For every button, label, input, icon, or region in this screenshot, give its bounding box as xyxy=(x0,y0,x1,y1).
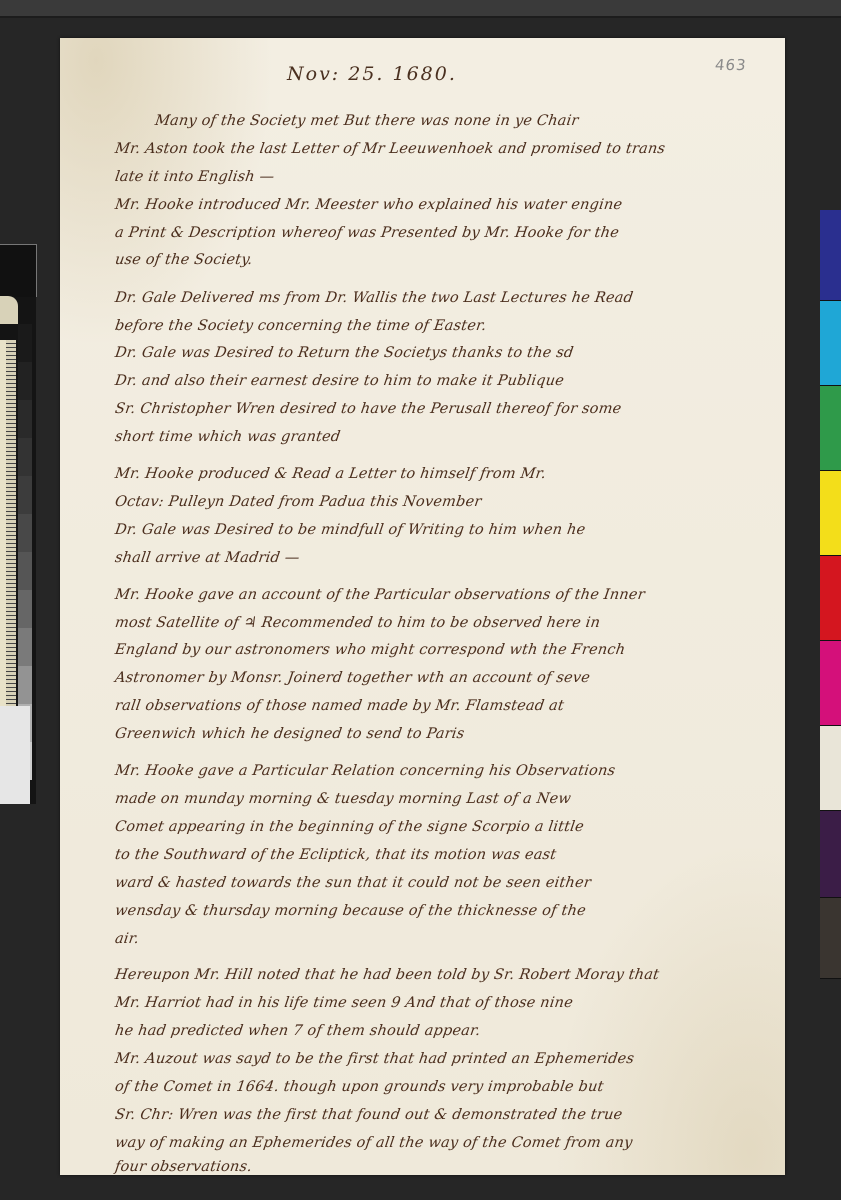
target-white-patch xyxy=(0,706,30,804)
gray-patch xyxy=(18,552,32,590)
minutes-date: Nov: 25. 1680. xyxy=(287,63,457,85)
manuscript-line: made on munday morning & tuesday morning… xyxy=(114,791,572,807)
manuscript-line: Dr. Gale was Desired to Return the Socie… xyxy=(114,345,575,361)
manuscript-page: 463 Nov: 25. 1680. Many of the Society m… xyxy=(60,38,785,1175)
manuscript-line: Mr. Hooke gave an account of the Particu… xyxy=(114,587,646,603)
manuscript-line: ward & hasted towards the sun that it co… xyxy=(114,875,592,891)
color-patch xyxy=(820,301,841,386)
folio-number: 463 xyxy=(714,56,748,74)
manuscript-line: he had predicted when 7 of them should a… xyxy=(114,1023,482,1039)
color-patch xyxy=(820,386,841,471)
color-patch xyxy=(820,471,841,556)
manuscript-line: wensday & thursday morning because of th… xyxy=(114,903,587,919)
color-patch xyxy=(820,641,841,726)
manuscript-line: Mr. Auzout was sayd to be the first that… xyxy=(114,1051,635,1067)
manuscript-line: England by our astronomers who might cor… xyxy=(114,642,626,658)
manuscript-line: Dr. Gale Delivered ms from Dr. Wallis th… xyxy=(114,290,634,306)
gray-patch xyxy=(18,476,32,514)
gray-patch xyxy=(18,590,32,628)
manuscript-line: Octav: Pulleyn Dated from Padua this Nov… xyxy=(114,494,483,510)
color-patch xyxy=(820,726,841,811)
manuscript-line: Comet appearing in the beginning of the … xyxy=(114,819,585,835)
manuscript-line: air. xyxy=(114,931,140,947)
manuscript-line: Sr. Chr: Wren was the first that found o… xyxy=(114,1107,624,1123)
manuscript-line: way of making an Ephemerides of all the … xyxy=(114,1135,634,1151)
color-patch xyxy=(820,210,841,301)
manuscript-line: a Print & Description whereof was Presen… xyxy=(114,225,620,241)
gray-patch xyxy=(18,438,32,476)
color-patch xyxy=(820,811,841,898)
gray-patch xyxy=(18,362,32,400)
manuscript-line: Mr. Hooke produced & Read a Letter to hi… xyxy=(114,466,547,482)
manuscript-line: short time which was granted xyxy=(114,429,342,445)
target-lens xyxy=(0,296,18,324)
manuscript-line: Astronomer by Monsr. Joinerd together wt… xyxy=(114,670,591,686)
color-patch xyxy=(820,556,841,641)
manuscript-line: late it into English — xyxy=(114,169,276,185)
manuscript-line: before the Society concerning the time o… xyxy=(114,318,488,334)
target-cap xyxy=(0,244,37,297)
grayscale-calibration-target xyxy=(0,244,36,804)
manuscript-line: Hereupon Mr. Hill noted that he had been… xyxy=(114,967,660,983)
manuscript-line: Greenwich which he designed to send to P… xyxy=(114,726,466,742)
manuscript-line: Mr. Hooke gave a Particular Relation con… xyxy=(114,763,616,779)
manuscript-line: to the Southward of the Ecliptick, that … xyxy=(114,847,558,863)
manuscript-line: Dr. Gale was Desired to be mindfull of W… xyxy=(114,522,587,538)
manuscript-line: four observations. xyxy=(114,1159,253,1175)
manuscript-line: rall observations of those named made by… xyxy=(114,698,565,714)
gray-patch xyxy=(18,628,32,666)
manuscript-line: most Satellite of ♃ Recommended to him t… xyxy=(114,615,601,631)
color-patch xyxy=(820,898,841,979)
manuscript-line: Sr. Christopher Wren desired to have the… xyxy=(114,401,623,417)
gray-patch xyxy=(18,666,32,704)
manuscript-line: of the Comet in 1664. though upon ground… xyxy=(114,1079,605,1095)
color-calibration-strip xyxy=(820,210,841,898)
manuscript-line: shall arrive at Madrid — xyxy=(114,550,301,566)
mount-top-band xyxy=(0,0,841,18)
gray-patch xyxy=(18,514,32,552)
manuscript-line: Mr. Hooke introduced Mr. Meester who exp… xyxy=(114,197,623,213)
manuscript-line: Many of the Society met But there was no… xyxy=(154,113,580,129)
gray-patch xyxy=(18,400,32,438)
manuscript-line: Mr. Harriot had in his life time seen 9 … xyxy=(114,995,574,1011)
gray-patch xyxy=(18,324,32,362)
manuscript-line: Dr. and also their earnest desire to him… xyxy=(114,373,565,389)
manuscript-line: use of the Society. xyxy=(114,252,254,268)
manuscript-line: Mr. Aston took the last Letter of Mr Lee… xyxy=(114,141,666,157)
